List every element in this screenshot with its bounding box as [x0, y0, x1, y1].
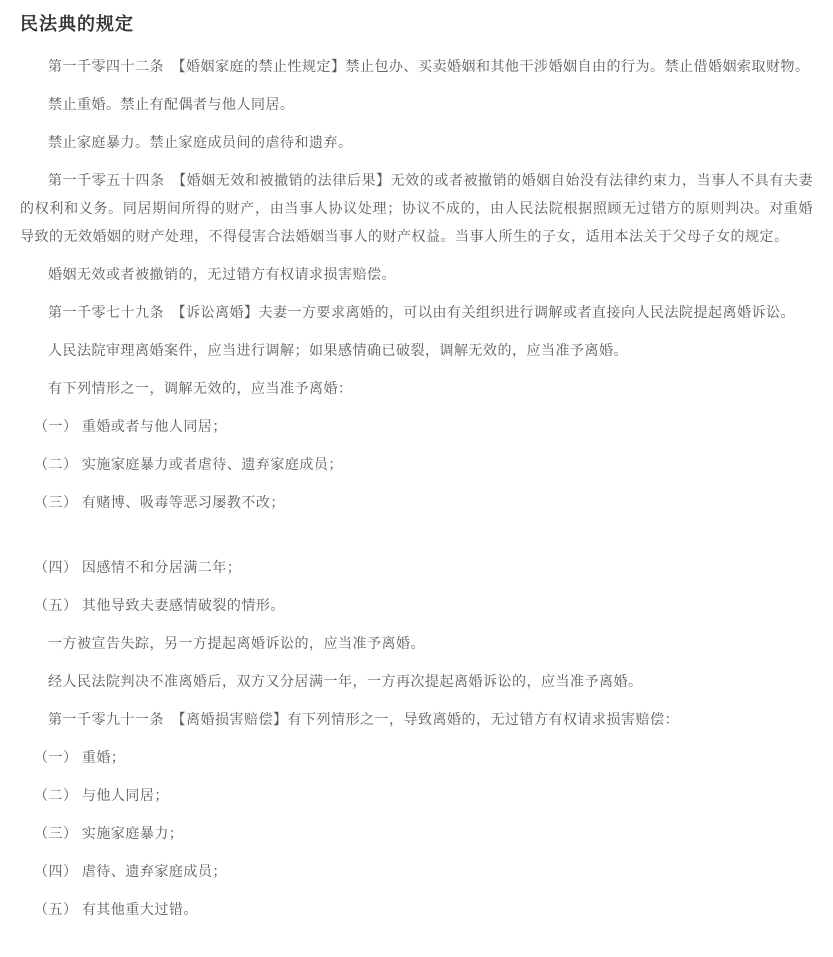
article-1091-paragraph: 第一千零九十一条 【离婚损害赔偿】有下列情形之一，导致离婚的，无过错方有权请求损…: [20, 705, 813, 733]
paragraph-prohibit-domestic-violence: 禁止家庭暴力。禁止家庭成员间的虐待和遗弃。: [20, 128, 813, 156]
paragraph-separation-after-judgment: 经人民法院判决不准离婚后，双方又分居满一年，一方再次提起离婚诉讼的，应当准予离婚…: [20, 667, 813, 695]
paragraph-prohibit-bigamy: 禁止重婚。禁止有配偶者与他人同居。: [20, 90, 813, 118]
article-1054-paragraph: 第一千零五十四条 【婚姻无效和被撤销的法律后果】无效的或者被撤销的婚姻自始没有法…: [20, 166, 813, 250]
divorce-ground-item-1: （一） 重婚或者与他人同居；: [20, 412, 813, 440]
compensation-ground-item-1: （一） 重婚；: [20, 743, 813, 771]
divorce-ground-item-4: （四） 因感情不和分居满二年；: [20, 553, 813, 581]
paragraph-divorce-grounds-intro: 有下列情形之一，调解无效的，应当准予离婚：: [20, 374, 813, 402]
divorce-ground-item-5: （五） 其他导致夫妻感情破裂的情形。: [20, 591, 813, 619]
paragraph-invalid-marriage-compensation: 婚姻无效或者被撤销的，无过错方有权请求损害赔偿。: [20, 260, 813, 288]
divorce-ground-item-3: （三） 有赌博、吸毒等恶习屡教不改；: [20, 488, 813, 516]
page-title: 民法典的规定: [20, 12, 813, 36]
compensation-ground-item-2: （二） 与他人同居；: [20, 781, 813, 809]
article-1042-paragraph: 第一千零四十二条 【婚姻家庭的禁止性规定】禁止包办、买卖婚姻和其他干涉婚姻自由的…: [20, 52, 813, 80]
compensation-ground-item-5: （五） 有其他重大过错。: [20, 895, 813, 923]
compensation-ground-item-3: （三） 实施家庭暴力；: [20, 819, 813, 847]
paragraph-court-mediation: 人民法院审理离婚案件，应当进行调解；如果感情确已破裂，调解无效的，应当准予离婚。: [20, 336, 813, 364]
compensation-ground-item-4: （四） 虐待、遗弃家庭成员；: [20, 857, 813, 885]
article-1079-paragraph: 第一千零七十九条 【诉讼离婚】夫妻一方要求离婚的，可以由有关组织进行调解或者直接…: [20, 298, 813, 326]
civil-code-document: 民法典的规定 第一千零四十二条 【婚姻家庭的禁止性规定】禁止包办、买卖婚姻和其他…: [0, 0, 833, 953]
divorce-ground-item-2: （二） 实施家庭暴力或者虐待、遗弃家庭成员；: [20, 450, 813, 478]
paragraph-declared-missing: 一方被宣告失踪，另一方提起离婚诉讼的，应当准予离婚。: [20, 629, 813, 657]
